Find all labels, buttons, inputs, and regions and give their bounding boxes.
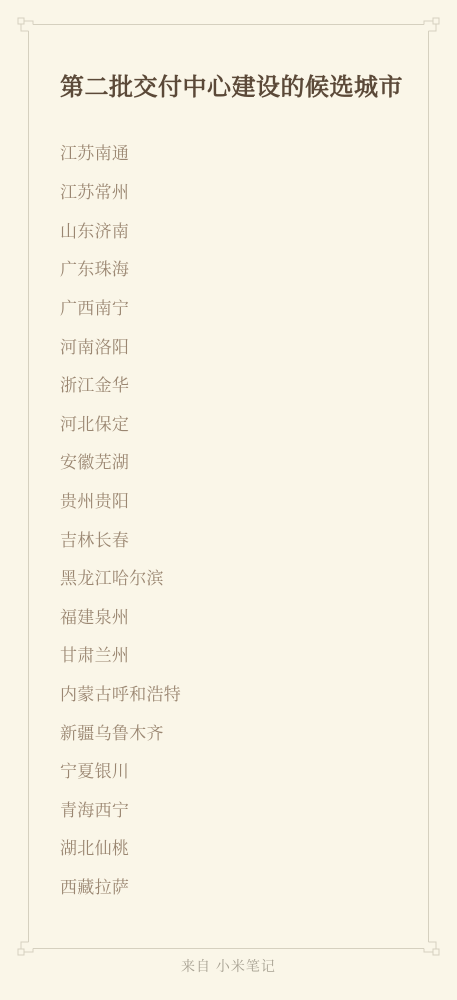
list-item: 河南洛阳 bbox=[60, 326, 400, 365]
source-attribution: 来自 小米笔记 bbox=[0, 956, 457, 976]
list-item: 广西南宁 bbox=[60, 287, 400, 326]
list-item: 湖北仙桃 bbox=[60, 828, 400, 867]
corner-ornament-top-left bbox=[18, 18, 33, 31]
list-item: 黑龙江哈尔滨 bbox=[60, 557, 400, 596]
list-item: 宁夏银川 bbox=[60, 750, 400, 789]
list-item: 内蒙古呼和浩特 bbox=[60, 673, 400, 712]
list-item: 青海西宁 bbox=[60, 789, 400, 828]
list-item: 安徽芜湖 bbox=[60, 442, 400, 481]
list-item: 西藏拉萨 bbox=[60, 866, 400, 905]
list-item: 广东珠海 bbox=[60, 249, 400, 288]
list-item: 福建泉州 bbox=[60, 596, 400, 635]
list-item: 河北保定 bbox=[60, 403, 400, 442]
city-list: 江苏南通江苏常州山东济南广东珠海广西南宁河南洛阳浙江金华河北保定安徽芜湖贵州贵阳… bbox=[60, 133, 400, 905]
list-item: 甘肃兰州 bbox=[60, 635, 400, 674]
list-item: 山东济南 bbox=[60, 210, 400, 249]
list-item: 浙江金华 bbox=[60, 364, 400, 403]
list-item: 江苏常州 bbox=[60, 171, 400, 210]
corner-ornament-bottom-left bbox=[18, 942, 33, 955]
list-item: 新疆乌鲁木齐 bbox=[60, 712, 400, 751]
corner-ornament-top-right bbox=[424, 18, 439, 31]
page-title: 第二批交付中心建设的候选城市 bbox=[60, 74, 420, 102]
list-item: 贵州贵阳 bbox=[60, 480, 400, 519]
corner-ornament-bottom-right bbox=[424, 942, 439, 955]
list-item: 吉林长春 bbox=[60, 519, 400, 558]
list-item: 江苏南通 bbox=[60, 133, 400, 172]
